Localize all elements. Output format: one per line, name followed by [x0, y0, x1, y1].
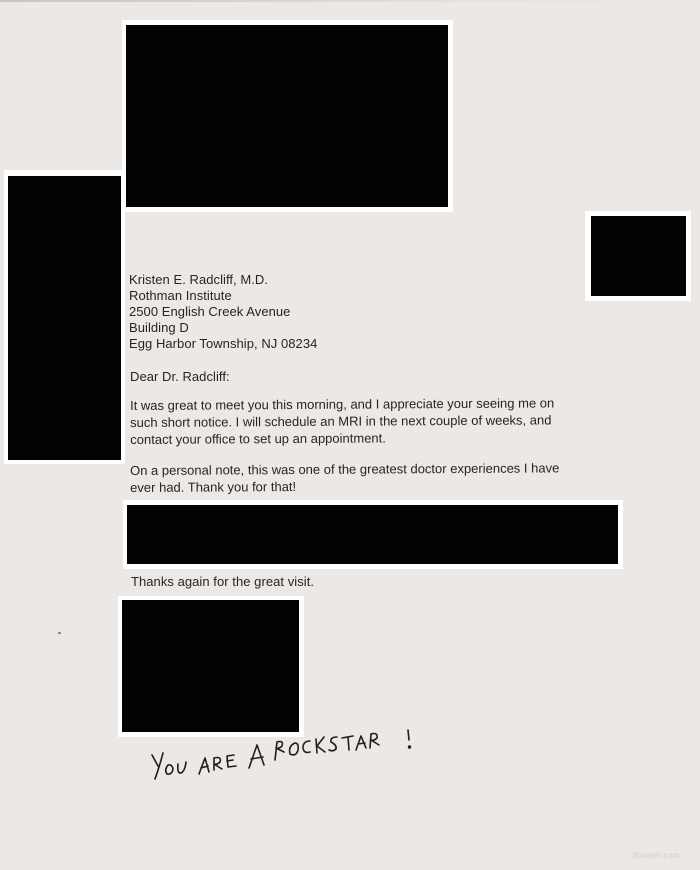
redaction-left-margin-fill: [8, 176, 121, 460]
salutation: Dear Dr. Radcliff:: [130, 369, 230, 385]
recipient-organization: Rothman Institute: [129, 288, 317, 304]
handwritten-note-strokes: YOU ARE A ROCKSTAR!: [150, 728, 450, 788]
recipient-building: Building D: [129, 320, 317, 336]
body-paragraph-2: On a personal note, this was one of the …: [130, 459, 610, 496]
paragraph-1-line-2: such short notice. I will schedule an MR…: [130, 411, 610, 431]
paragraph-2-line-2: ever had. Thank you for that!: [130, 476, 610, 496]
closing: Thanks again for the great visit.: [131, 574, 314, 590]
redaction-left-margin: [4, 170, 125, 464]
redaction-letterhead: [122, 20, 453, 212]
redaction-body-paragraph-fill: [127, 505, 618, 564]
paragraph-2-line-1: On a personal note, this was one of the …: [130, 459, 610, 479]
recipient-address: Kristen E. Radcliff, M.D. Rothman Instit…: [129, 272, 317, 352]
recipient-street: 2500 English Creek Avenue: [129, 304, 317, 320]
page-top-edge: [0, 0, 700, 2]
recipient-city-state-zip: Egg Harbor Township, NJ 08234: [129, 336, 317, 352]
redaction-date-fill: [591, 216, 686, 296]
redaction-signature: [118, 596, 304, 737]
redaction-signature-fill: [122, 600, 299, 732]
closing-text: Thanks again for the great visit.: [131, 574, 314, 590]
recipient-name: Kristen E. Radcliff, M.D.: [129, 272, 317, 288]
redaction-body-paragraph: [123, 500, 623, 569]
body-paragraph-1: It was great to meet you this morning, a…: [130, 394, 610, 448]
redaction-letterhead-fill: [126, 25, 448, 207]
handwritten-note: YOU ARE A ROCKSTAR!: [150, 728, 450, 788]
redaction-date: [585, 211, 691, 301]
salutation-text: Dear Dr. Radcliff:: [130, 369, 230, 385]
watermark: flourish.com: [633, 851, 680, 860]
paragraph-1-line-3: contact your office to set up an appoint…: [130, 428, 610, 448]
paper-speck: [58, 632, 61, 634]
